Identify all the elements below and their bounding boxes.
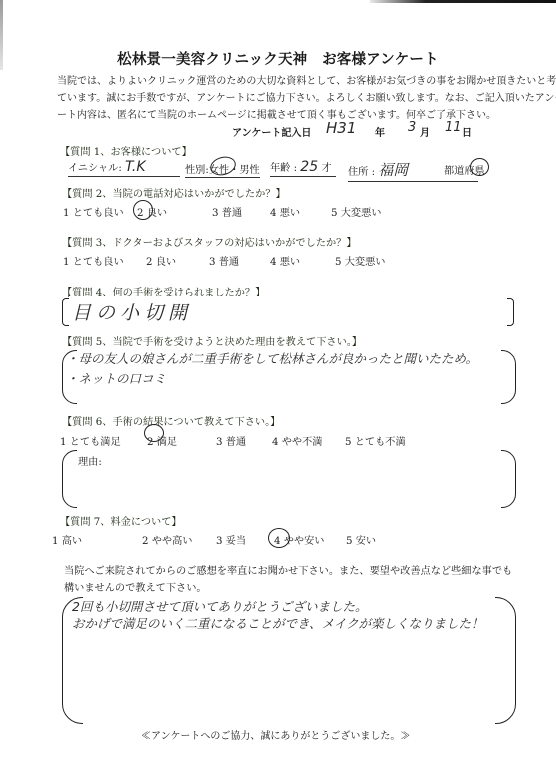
q2-option-4[interactable]: 4 悪い xyxy=(270,204,300,219)
q5-answer-line: ・ネットの口コミ xyxy=(66,369,166,387)
q6-option-5[interactable]: 5 とても不満 xyxy=(345,433,406,448)
age-value: 25 xyxy=(300,159,318,175)
year-suffix: 年 xyxy=(375,124,385,139)
q3-option-4[interactable]: 4 悪い xyxy=(270,253,300,268)
selection-circle xyxy=(133,200,153,220)
age-field[interactable]: 年齢 : 25 才 xyxy=(270,159,336,177)
date-label: アンケート記入日 xyxy=(232,124,311,139)
q6-reason-field[interactable] xyxy=(62,450,516,508)
comments-answer-line: 2回も小切開させて頂いてありがとうございました。 xyxy=(72,597,367,615)
q7-option-1[interactable]: 1 高い xyxy=(52,532,82,547)
initial-value: T.K xyxy=(125,159,146,175)
selection-circle xyxy=(144,424,164,442)
q1-heading: 【質問 1、お客様について】 xyxy=(60,143,192,158)
address-label: 住所 : xyxy=(348,167,375,178)
date-month-field[interactable]: 3 xyxy=(408,120,416,135)
q2-option-1[interactable]: 1 とても良い xyxy=(63,204,124,219)
date-year-field[interactable]: H31 xyxy=(326,119,356,137)
q6-option-3[interactable]: 3 普通 xyxy=(216,433,246,448)
q6-heading: 【質問 6、手術の結果について教えて下さい。】 xyxy=(62,413,280,428)
q3-option-1[interactable]: 1 とても良い xyxy=(63,253,124,268)
q3-option-5[interactable]: 5 大変悪い xyxy=(335,253,385,268)
q5-answer-line: ・母の友人の娘さんが二重手術をして松林さんが良かったと聞いたため。 xyxy=(66,349,478,367)
initial-label: イニシャル: xyxy=(68,163,122,174)
month-suffix: 月 xyxy=(420,124,430,139)
q5-heading: 【質問 5、当院で手術を受けようと決めた理由を教えて下さい。】 xyxy=(62,333,362,348)
day-suffix: 日 xyxy=(462,124,472,139)
comments-prompt-line: 構いませんので教えて下さい。 xyxy=(64,579,207,594)
gender-label: 性別: xyxy=(185,165,209,176)
date-day-field[interactable]: 11 xyxy=(445,120,462,135)
initial-field[interactable]: イニシャル: T.K xyxy=(68,159,180,177)
scan-edge xyxy=(370,0,556,3)
selection-circle xyxy=(268,528,290,548)
q6-option-1[interactable]: 1 とても満足 xyxy=(60,433,121,448)
intro-line: 当院では、よりよいクリニック運営のための大切な資料として、お客様がお気づきの事を… xyxy=(57,74,556,90)
q6-option-4[interactable]: 4 やや不満 xyxy=(272,433,322,448)
q7-option-2[interactable]: 2 やや高い xyxy=(142,532,192,547)
intro-line: ています。誠にお手数ですが、アンケートにご協力下さい。よろしくお願い致します。な… xyxy=(57,91,556,107)
q7-option-5[interactable]: 5 安い xyxy=(346,532,376,547)
q3-option-3[interactable]: 3 普通 xyxy=(209,253,239,268)
age-suffix: 才 xyxy=(321,163,331,174)
q2-option-5[interactable]: 5 大変悪い xyxy=(331,204,381,219)
q7-option-3[interactable]: 3 妥当 xyxy=(216,532,246,547)
comments-prompt-line: 当院へご来院されてからのご感想を率直にお聞かせ下さい。また、要望や改善点など些細… xyxy=(64,562,512,577)
comments-answer-line: おかげで満足のいく二重になることができ、メイクが楽しくなりました！ xyxy=(72,614,484,632)
q4-answer: 目の小切開 xyxy=(72,298,192,325)
address-value: 福岡 xyxy=(378,161,408,179)
selection-circle xyxy=(470,158,489,176)
footer-thanks: ≪アンケートへのご協力、誠にありがとうございました。≫ xyxy=(141,727,410,742)
q2-option-3[interactable]: 3 普通 xyxy=(212,204,242,219)
q6-reason-label: 理由: xyxy=(78,453,102,468)
intro-line: ート内容は、匿名にて当院のホームページに掲載させて頂く事もございます。何卒ご了承… xyxy=(57,108,496,124)
form-title: 松林景一美容クリニック天神 お客様アンケート xyxy=(0,48,556,69)
q3-heading: 【質問 3、ドクターおよびスタッフの対応はいかがでしたか？】 xyxy=(62,234,357,249)
gender-option-male[interactable]: 男性 xyxy=(239,165,259,176)
q3-option-2[interactable]: 2 良い xyxy=(146,253,176,268)
q7-heading: 【質問 7、料金について】 xyxy=(60,513,182,528)
q2-heading: 【質問 2、当院の電話対応はいかがでしたか？】 xyxy=(62,185,286,200)
age-label: 年齢 : xyxy=(270,163,297,174)
